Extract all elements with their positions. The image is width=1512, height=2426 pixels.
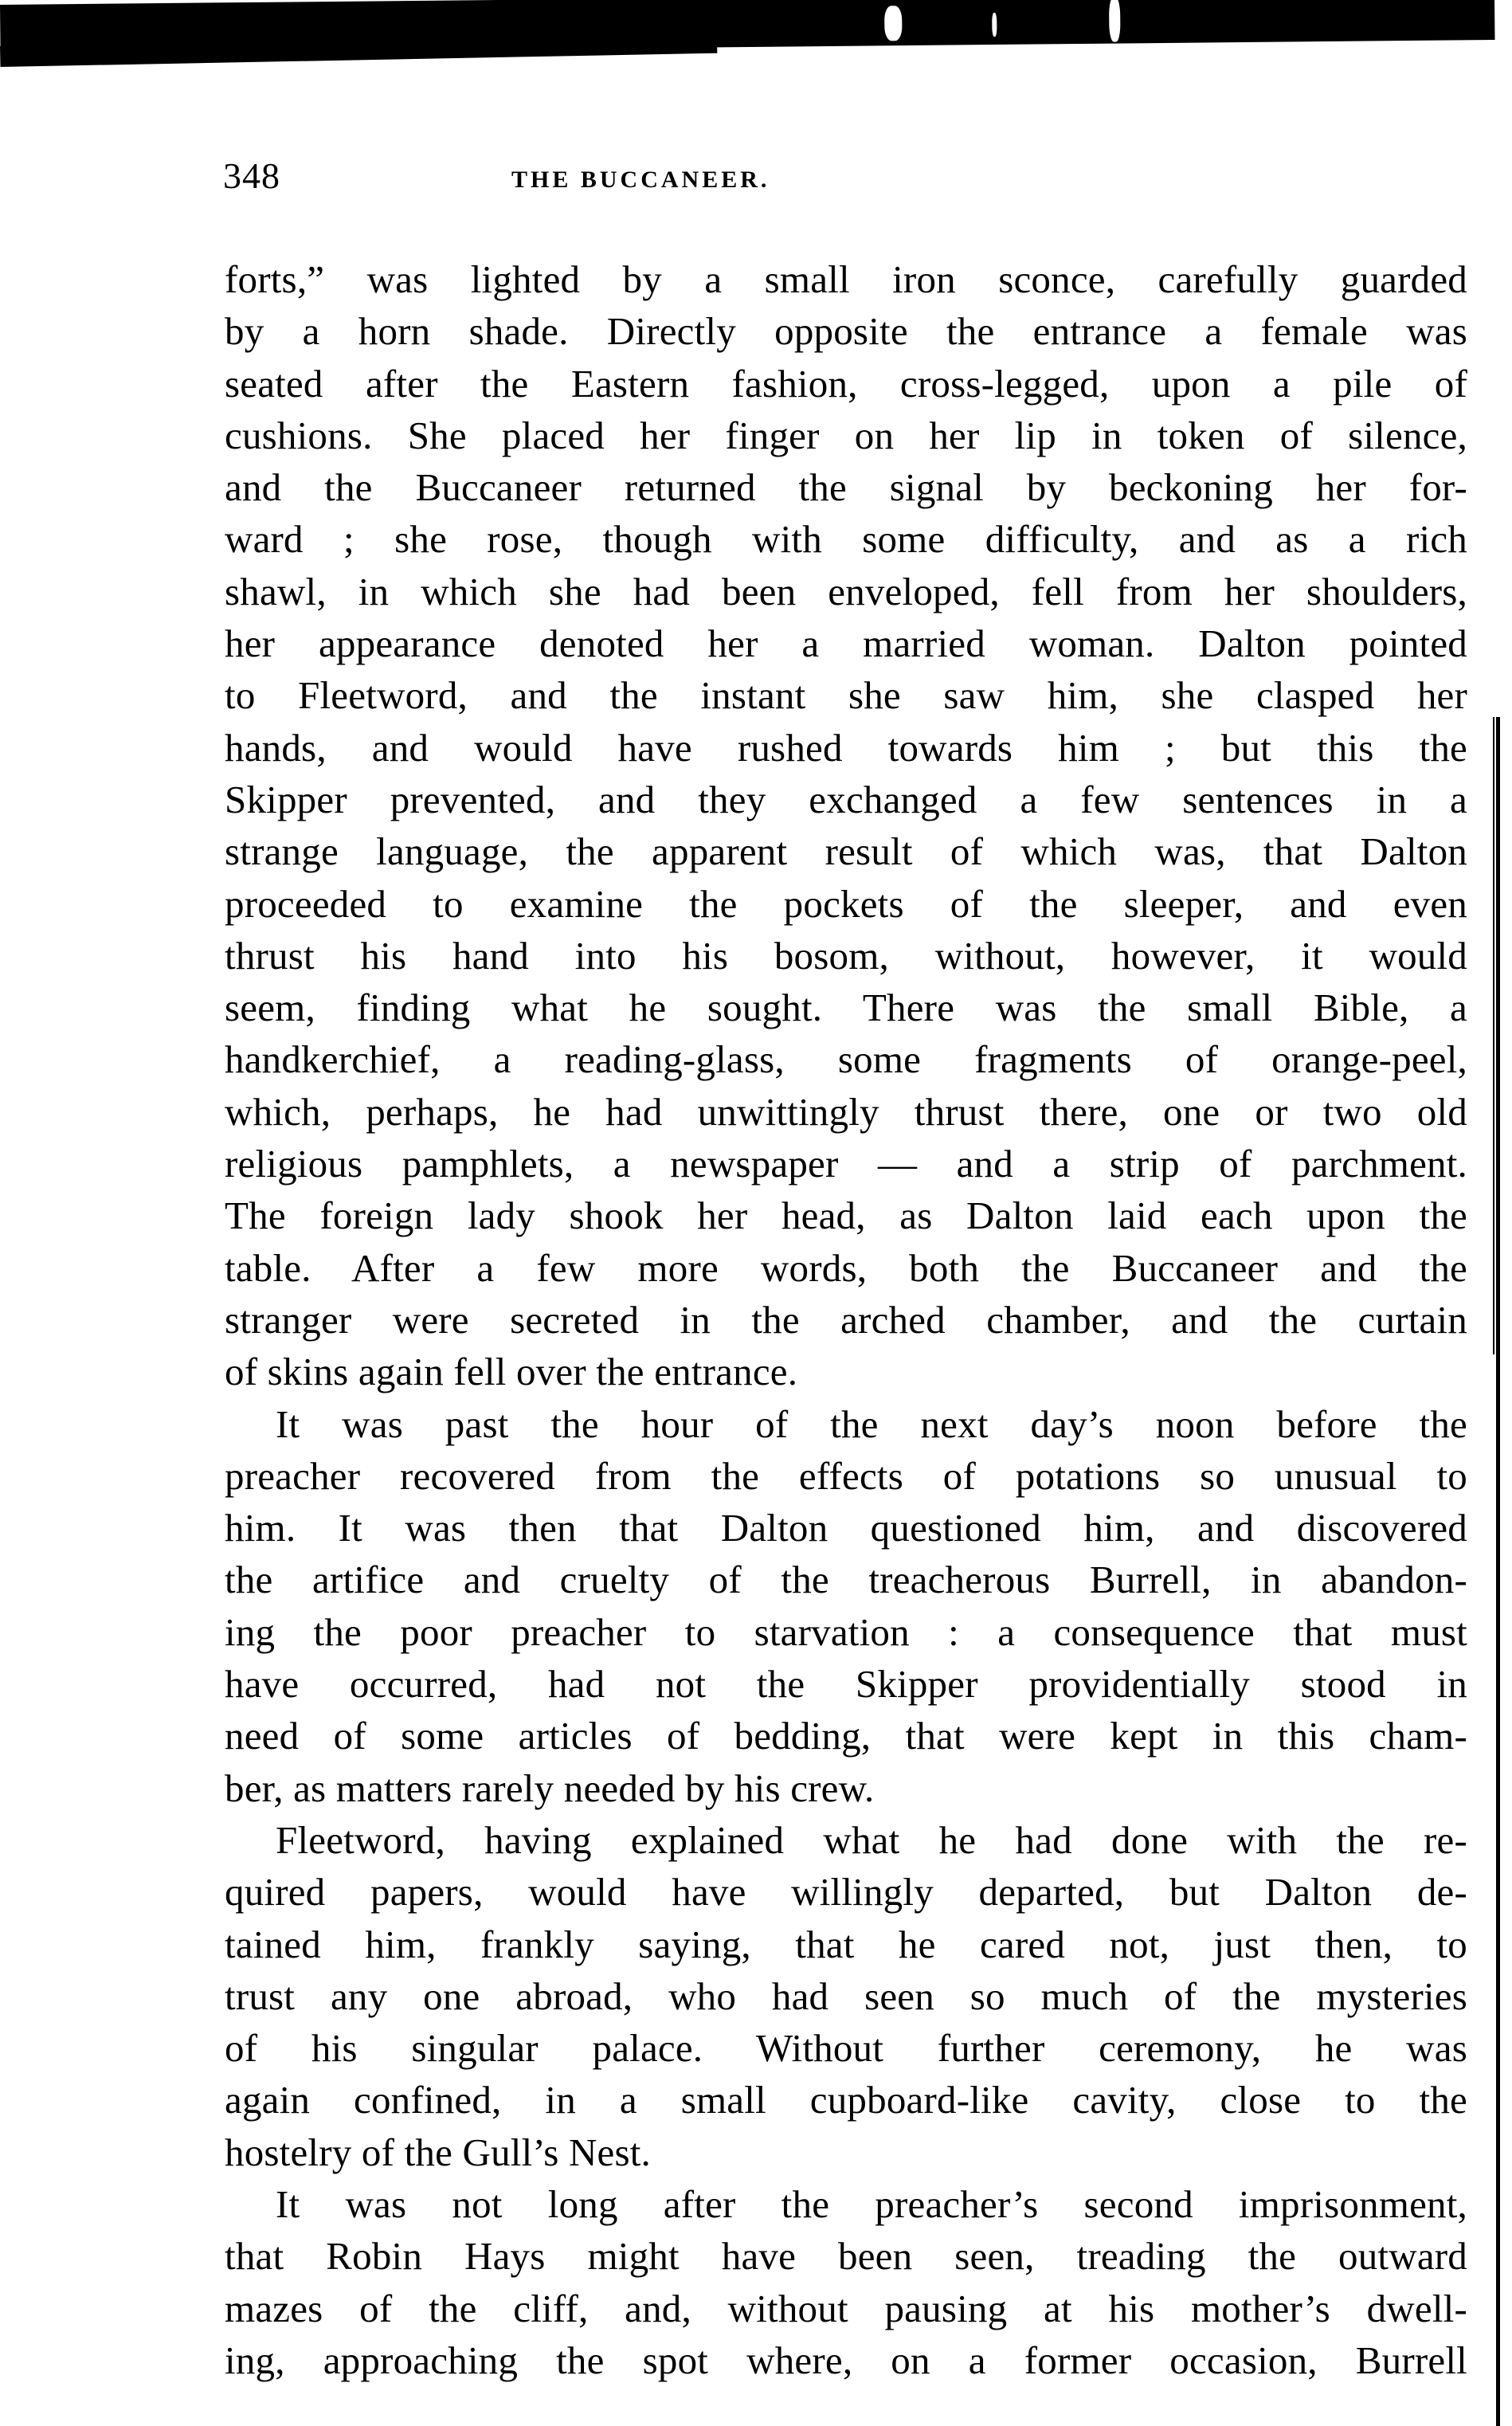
page-body-text: forts,” was lighted by a small iron scon…: [225, 253, 1467, 2386]
text-line: that Robin Hays might have been seen, tr…: [225, 2230, 1467, 2282]
scan-speck: [884, 6, 902, 41]
text-line: the artifice and cruelty of the treacher…: [225, 1554, 1467, 1605]
text-line: proceeded to examine the pockets of the …: [225, 878, 1467, 930]
text-line: Fleetword, having explained what he had …: [225, 1814, 1467, 1866]
page-edge-line: [1493, 717, 1494, 1354]
page-header: 348 THE BUCCANEER.: [223, 156, 1467, 196]
text-line: cushions. She placed her finger on her l…: [225, 410, 1467, 461]
text-line: quired papers, would have willingly depa…: [225, 1866, 1467, 1918]
text-line: by a horn shade. Directly opposite the e…: [225, 305, 1467, 357]
text-line: strange language, the apparent result of…: [225, 825, 1467, 877]
text-line: It was past the hour of the next day’s n…: [225, 1398, 1467, 1450]
text-line: forts,” was lighted by a small iron scon…: [225, 253, 1467, 305]
text-line: and the Buccaneer returned the signal by…: [225, 461, 1467, 513]
text-line: her appearance denoted her a married wom…: [225, 617, 1467, 669]
text-line: which, perhaps, he had unwittingly thrus…: [225, 1086, 1467, 1138]
text-line: him. It was then that Dalton questioned …: [225, 1502, 1467, 1554]
text-line: of skins again fell over the entrance.: [225, 1346, 1467, 1397]
scan-speck: [992, 13, 997, 37]
page-edge-shadow: [1496, 717, 1500, 2426]
text-line: mazes of the cliff, and, without pausing…: [225, 2283, 1467, 2334]
running-title: THE BUCCANEER.: [511, 164, 770, 196]
text-line: seated after the Eastern fashion, cross-…: [225, 358, 1467, 410]
scan-speck: [1109, 0, 1121, 42]
text-line: to Fleetword, and the instant she saw hi…: [225, 669, 1467, 721]
text-line: ber, as matters rarely needed by his cre…: [225, 1762, 1467, 1814]
text-line: seem, finding what he sought. There was …: [225, 982, 1467, 1033]
text-line: tained him, frankly saying, that he care…: [225, 1918, 1467, 1970]
text-line: table. After a few more words, both the …: [225, 1242, 1467, 1294]
text-line: of his singular palace. Without further …: [225, 2022, 1467, 2074]
text-line: ward ; she rose, though with some diffic…: [225, 513, 1467, 565]
text-line: have occurred, had not the Skipper provi…: [225, 1658, 1467, 1710]
text-line: ing, approaching the spot where, on a fo…: [225, 2334, 1467, 2386]
text-line: handkerchief, a reading-glass, some frag…: [225, 1033, 1467, 1085]
text-line: trust any one abroad, who had seen so mu…: [225, 1970, 1467, 2022]
text-line: thrust his hand into his bosom, without,…: [225, 930, 1467, 982]
text-line: hostelry of the Gull’s Nest.: [225, 2126, 1467, 2178]
text-line: It was not long after the preacher’s sec…: [225, 2178, 1467, 2230]
text-line: religious pamphlets, a newspaper — and a…: [225, 1138, 1467, 1189]
page-number: 348: [223, 156, 280, 196]
text-line: again confined, in a small cupboard-like…: [225, 2074, 1467, 2126]
text-line: Skipper prevented, and they exchanged a …: [225, 774, 1467, 825]
text-line: need of some articles of bedding, that w…: [225, 1710, 1467, 1762]
text-line: stranger were secreted in the arched cha…: [225, 1294, 1467, 1346]
text-line: preacher recovered from the effects of p…: [225, 1450, 1467, 1502]
text-line: ing the poor preacher to starvation : a …: [225, 1606, 1467, 1658]
text-line: hands, and would have rushed towards him…: [225, 722, 1467, 774]
text-line: The foreign lady shook her head, as Dalt…: [225, 1189, 1467, 1241]
text-line: shawl, in which she had been enveloped, …: [225, 566, 1467, 617]
